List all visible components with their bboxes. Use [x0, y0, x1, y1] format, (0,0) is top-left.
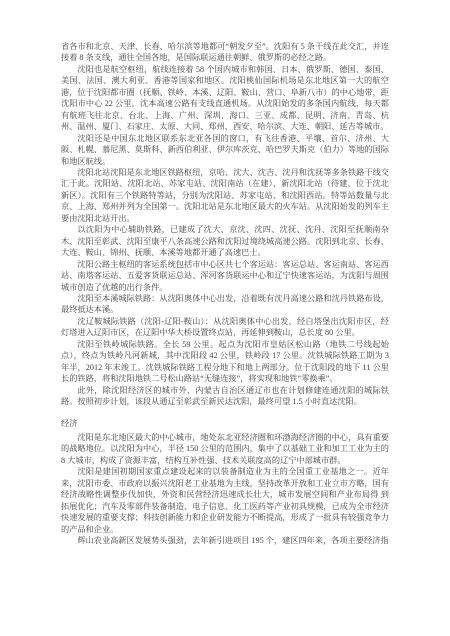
- paragraph: 沈阳公路主枢纽的客运系统包括市中心区共七个客运站：客运总站、客运南站、客运西站、…: [61, 259, 389, 293]
- paragraph: 辉山农业高新区发展势头强劲，去年新引进项目 195 个，建区四年来，各项主要经济…: [61, 535, 389, 546]
- section-heading-economy: 经济: [61, 418, 389, 429]
- paragraph: 沈阳北站沈阳是东北地区铁路枢纽，京哈、沈大、沈吉、沈丹和沈抚等多条铁路干线交汇于…: [61, 167, 389, 224]
- paragraph: 沈阳是东北地区最大的中心城市，地处东北亚经济圈和环渤海经济圈的中心，具有重要的战…: [61, 432, 389, 466]
- document-page: 省各市和北京、天津、长春、哈尔滨等地都可“朝发夕至”。沈阳有 5 条干线在此交汇…: [0, 0, 450, 636]
- paragraph: 沈阳也是航空枢纽，航线连接着 58 个国内城市和韩国、日本、俄罗斯、德国、泰国、…: [61, 64, 389, 133]
- paragraph: 沈阳是建国初期国家重点建设起来的以装备制造业为主的全国重工业基地之一。近年来，沈…: [61, 466, 389, 535]
- paragraph: 沈阳至本溪城际铁路：从沈阳奥体中心出发，沿着既有沈丹高速公路和沈丹铁路布设，最终…: [61, 293, 389, 316]
- document-text-block: 省各市和北京、天津、长春、哈尔滨等地都可“朝发夕至”。沈阳有 5 条干线在此交汇…: [61, 41, 389, 546]
- paragraph: 以沈阳为中心辅助铁路，已建成了沈大、京沈、沈四、沈抚、沈丹、沈阳至抚顺南杂木、沈…: [61, 224, 389, 258]
- paragraph: 省各市和北京、天津、长春、哈尔滨等地都可“朝发夕至”。沈阳有 5 条干线在此交汇…: [61, 41, 389, 64]
- paragraph: 沈辽鞍城际铁路（沈阳-辽阳-鞍山）：从沈阳奥体中心出发，经白塔堡出沈阳市区，经灯…: [61, 316, 389, 339]
- paragraph: 沈阳至铁岭城际铁路。全长 59 公里。起点为沈阳市皇姑区松山路（地铁二号线起始点…: [61, 339, 389, 385]
- paragraph: 此外，除沈阳经济区的城市外，内蒙古自治区通辽市也在计划修建连通沈阳的城际铁路。按…: [61, 385, 389, 408]
- paragraph: 沈阳还是中国东北地区联系东北亚各国的窗口，有飞往香港、平壤、首尔、济州、大阪、札…: [61, 133, 389, 167]
